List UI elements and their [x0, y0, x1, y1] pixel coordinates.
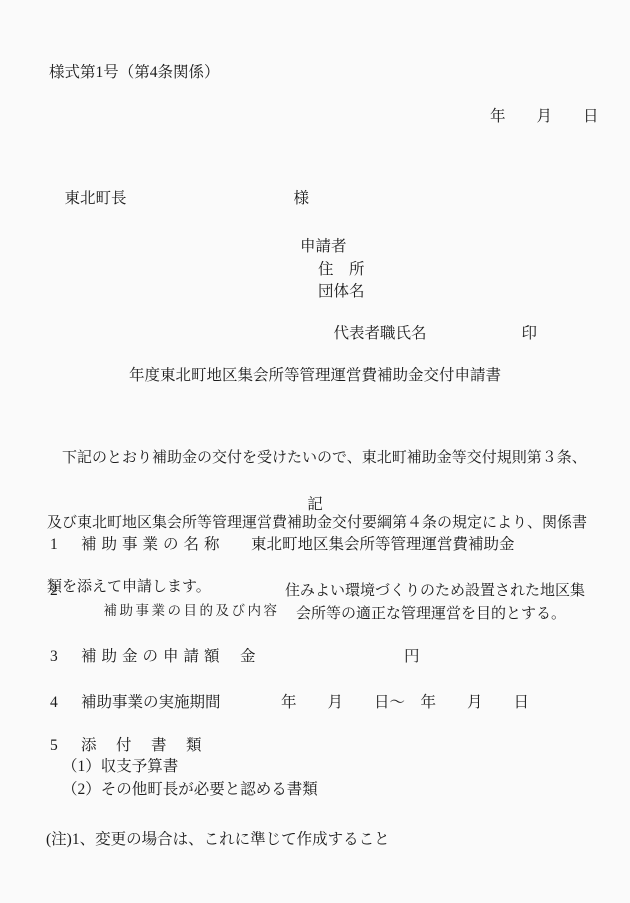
addressee-name: 東北町長 — [65, 190, 127, 207]
item-1-label: 補助事業の名称 — [81, 535, 225, 555]
applicant-group-label: 団体名 — [318, 282, 365, 302]
item-1-number: 1 — [50, 535, 58, 555]
item-2-value-line-2: 会所等の適正な管理運営を目的とする。 — [296, 604, 566, 624]
applicant-heading: 申請者 — [300, 237, 347, 257]
item-5-sub-item-1: （1）収支予算書 — [62, 757, 178, 777]
item-5-label: 添 付 書 類 — [81, 736, 204, 756]
seal-mark: 印 — [522, 325, 538, 342]
item-5-number: 5 — [50, 736, 58, 756]
document-title: 年度東北町地区集会所等管理運営費補助金交付申請書 — [0, 366, 630, 386]
form-number-label: 様式第1号（第4条関係） — [49, 63, 220, 83]
item-5-sub-item-2: （2）その他町長が必要と認める書類 — [62, 780, 318, 800]
item-3-label: 補助金の申請額 — [81, 647, 225, 667]
item-4-period-value: 年 月 日～ 年 月 日 — [281, 693, 529, 713]
addressee-honorific: 様 — [294, 190, 310, 207]
item-2-label-text: 補助事業の目的及び内容 — [104, 601, 280, 621]
item-4-label: 補助事業の実施期間 — [81, 693, 221, 713]
date-line: 年 月 日 — [490, 107, 599, 127]
body-paragraph-line-1: 下記のとおり補助金の交付を受けたいので、東北町補助金等交付規則第３条、 — [47, 448, 592, 470]
representative-label: 代表者職氏名 — [334, 325, 427, 342]
application-form-page: 様式第1号（第4条関係） 年 月 日 東北町長様 申請者 住 所 団体名 代表者… — [0, 0, 630, 903]
applicant-representative-line: 代表者職氏名印 — [318, 304, 537, 364]
item-2-label: 補助事業の目的及び内容 — [88, 581, 280, 641]
section-mark: 記 — [0, 495, 630, 515]
note-line: (注)1、変更の場合は、これに準じて作成すること — [46, 830, 390, 850]
amount-suffix: 円 — [404, 647, 420, 667]
item-2-value-line-1: 住みよい環境づくりのため設置された地区集 — [285, 581, 585, 601]
amount-prefix: 金 — [240, 647, 256, 667]
addressee-line: 東北町長様 — [49, 169, 309, 229]
item-4-number: 4 — [50, 693, 58, 713]
body-paragraph-line-2: 及び東北町地区集会所等管理運営費補助金交付要綱第４条の規定により、関係書 — [47, 513, 592, 535]
item-3-number: 3 — [50, 647, 58, 667]
applicant-address-label: 住 所 — [318, 260, 365, 280]
item-1-value: 東北町地区集会所等管理運営費補助金 — [251, 535, 515, 555]
item-2-number: 2 — [50, 581, 58, 601]
